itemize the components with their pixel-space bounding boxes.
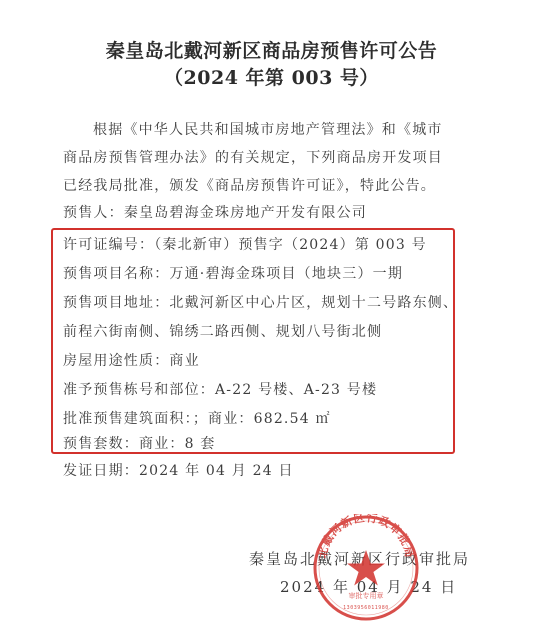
field-project-address-cont: 前程六街南侧、锦绣二路西侧、规划八号街北侧: [63, 322, 382, 342]
field-value: 北戴河新区中心片区，规划十二号路东侧、: [169, 295, 458, 311]
official-seal-stamp-icon: 北戴河新区行政审批局 审批专用章 1303956011980: [312, 514, 420, 622]
field-label: 准予预售栋号和部位：: [63, 382, 215, 398]
field-value: ；商业：682.54 ㎡: [193, 411, 331, 427]
field-value: A-22 号楼、A-23 号楼: [215, 382, 377, 398]
issue-date-value: 2024 年 04 月 24 日: [139, 463, 294, 479]
field-project-address: 预售项目地址：北戴河新区中心片区，规划十二号路东侧、: [63, 293, 458, 313]
field-units: 预售套数：商业：8 套: [63, 434, 216, 454]
issue-date-label: 发证日期：: [63, 463, 139, 479]
field-label: 房屋用途性质：: [63, 353, 169, 369]
field-value: 万通·碧海金珠项目（地块三）一期: [169, 266, 403, 282]
field-buildings: 准予预售栋号和部位：A-22 号楼、A-23 号楼: [63, 380, 377, 400]
presaler-line: 预售人：秦皇岛碧海金珠房地产开发有限公司: [63, 203, 367, 223]
field-value: 前程六街南侧、锦绣二路西侧、规划八号街北侧: [63, 324, 382, 340]
intro-paragraph: 根据《中华人民共和国城市房地产管理法》和《城市商品房预售管理办法》的有关规定，下…: [63, 116, 443, 200]
svg-text:审批专用章: 审批专用章: [349, 591, 384, 600]
field-value: 商业: [169, 353, 199, 369]
field-project-name: 预售项目名称：万通·碧海金珠项目（地块三）一期: [63, 264, 403, 284]
field-label: 批准预售建筑面积：: [63, 411, 193, 427]
field-label: 预售套数：: [63, 436, 139, 452]
svg-text:1303956011980: 1303956011980: [343, 605, 389, 611]
presaler-value: 秦皇岛碧海金珠房地产开发有限公司: [124, 205, 367, 221]
star-icon: [347, 550, 385, 586]
field-value: （秦北新审）预售字（2024）第 003 号: [154, 237, 427, 253]
field-label: 预售项目地址：: [63, 295, 169, 311]
document-title: 秦皇岛北戴河新区商品房预售许可公告: [0, 36, 543, 63]
field-label: 许可证编号：: [63, 237, 154, 253]
document-subtitle: （2024 年第 003 号）: [0, 63, 543, 90]
field-value: 商业：8 套: [139, 436, 216, 452]
issue-date-line: 发证日期：2024 年 04 月 24 日: [63, 461, 294, 481]
presaler-label: 预售人：: [63, 205, 124, 221]
field-area: 批准预售建筑面积：；商业：682.54 ㎡: [63, 409, 331, 429]
field-usage: 房屋用途性质：商业: [63, 351, 200, 371]
field-permit-number: 许可证编号：（秦北新审）预售字（2024）第 003 号: [63, 235, 427, 255]
field-label: 预售项目名称：: [63, 266, 169, 282]
